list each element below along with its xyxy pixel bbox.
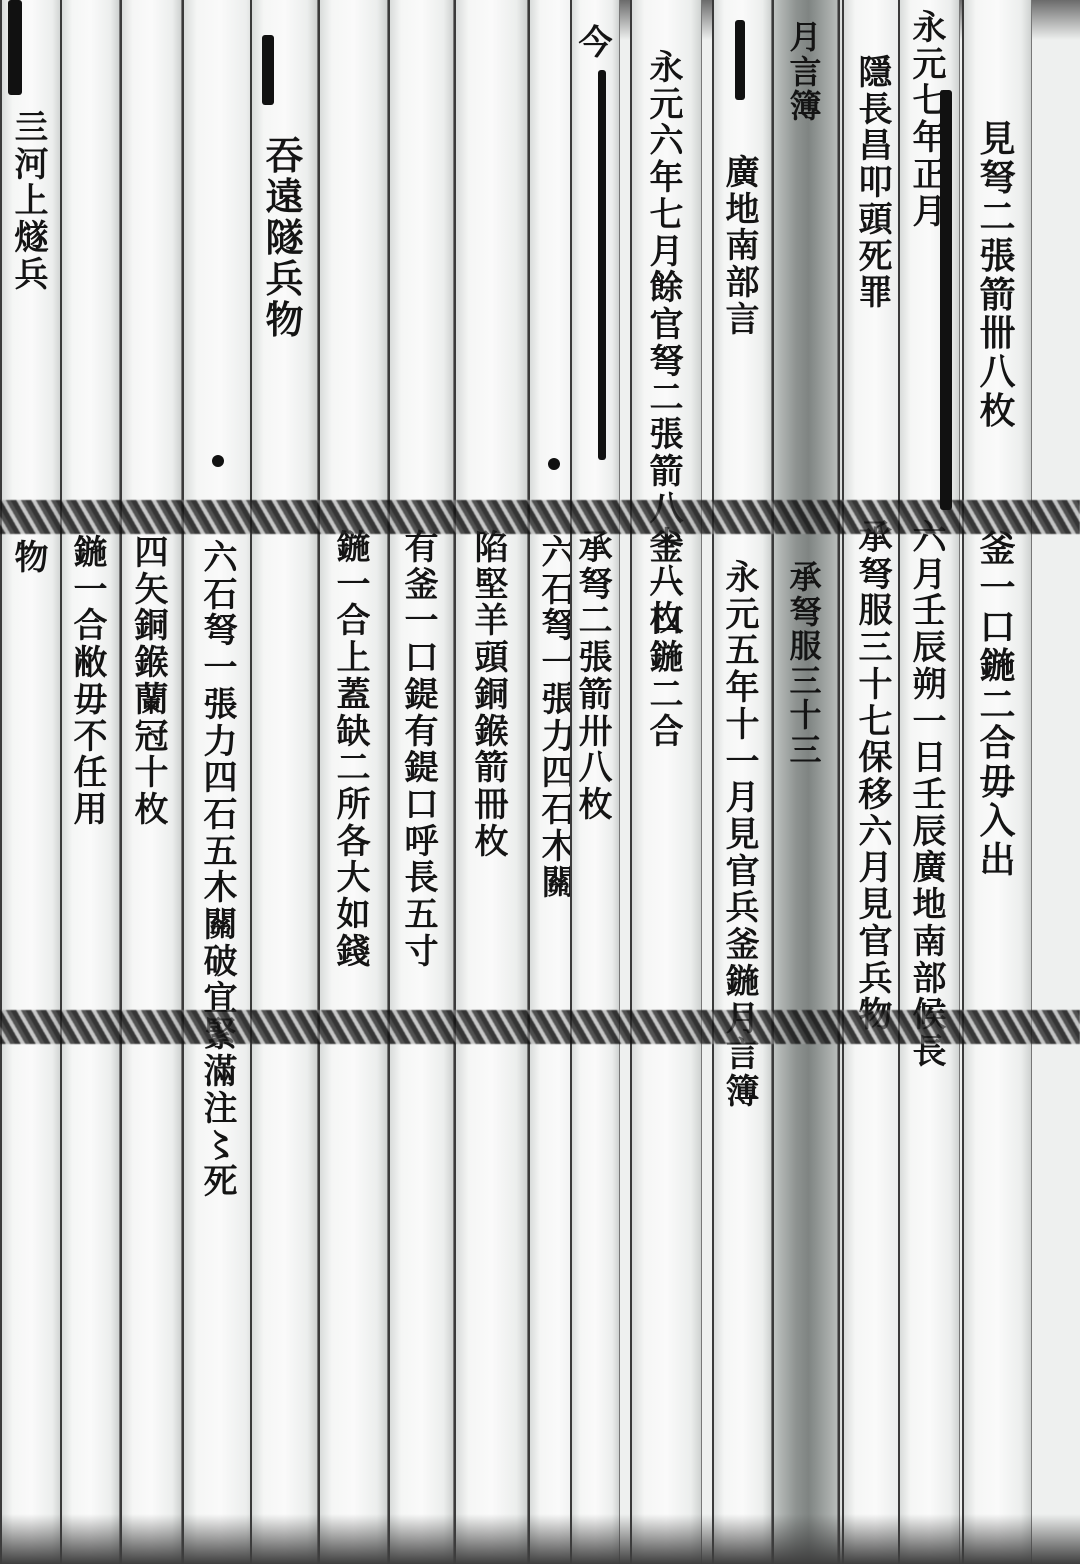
upper-binding-cord [0,500,1080,534]
bottom-shadow [0,1514,1080,1564]
slip-inscription-lower: 鍦一合上蓋缺二所各大如錢 [320,530,387,971]
wooden-slip: 今承弩二張箭卅八枚 [570,0,620,1564]
ink-dot-mark [548,458,560,470]
slip-inscription-upper: 月言簿 [774,20,837,124]
slip-inscription-lower: 六石弩一張力四石五木關破宜緊滿注〻死 [184,540,257,1201]
ink-stroke-mark [8,0,22,95]
slip-inscription-lower: 鍦一合敝毋不任用 [62,535,119,829]
slip-inscription-upper: 今 [572,25,619,62]
wooden-slip: 鍦一合敝毋不任用 [60,0,120,1564]
wooden-slip: 永元六年七月餘官弩二張箭八十八枚釜一口鍦二合 [630,0,702,1564]
slip-inscription-lower: 物 [2,540,61,577]
wooden-slip: 見弩二張箭卌八枚釜一口鍦二合毋入出 [962,0,1032,1564]
lower-binding-cord [0,1010,1080,1044]
ink-stroke-mark [735,20,745,100]
wooden-slip: 有釜一口鍉有鍉口呼長五寸 [388,0,454,1564]
slip-inscription-upper: 見弩二張箭卌八枚 [964,120,1031,431]
slip-inscription-lower: 四矢銅鍭蘭冠十枚 [122,535,181,829]
wooden-slip: 鍦一合上蓋缺二所各大如錢 [318,0,388,1564]
ink-stroke-mark [940,90,952,510]
wooden-slip: 吞遠隧兵物 [250,0,318,1564]
ink-stroke-mark [262,35,274,105]
slip-inscription-lower: 有釜一口鍉有鍉口呼長五寸 [390,530,453,971]
ink-dot-mark [212,455,224,467]
bamboo-slips-photograph: 亖河上燧兵物鍦一合敝毋不任用四矢銅鍭蘭冠十枚六石弩一張力四石五木關破宜緊滿注〻死… [0,0,1080,1564]
slip-inscription-lower: 釜一口鍦二合毋入出 [964,530,1031,880]
slip-inscription-lower: 承弩服三十三 [774,560,837,767]
wooden-slip: 六石弩一張力四石五木關破宜緊滿注〻死 [182,0,258,1564]
wooden-slip: 亖河上燧兵物 [0,0,62,1564]
slip-inscription-lower: 陷堅羊頭銅鍭箭冊枚 [456,530,527,860]
wooden-slip: 陷堅羊頭銅鍭箭冊枚 [454,0,528,1564]
wooden-slip: 四矢銅鍭蘭冠十枚 [120,0,182,1564]
wooden-slip: 廣地南部言永元五年十一月見官兵釜鍦月言簿 [712,0,772,1564]
slip-inscription-upper: 廣地南部言 [714,155,771,339]
slip-inscription-upper: 吞遠隧兵物 [252,135,317,340]
slip-inscription-lower: 釜一口鍦二合 [632,530,701,750]
slip-inscription-lower: 六月壬辰朔一日壬辰廣地南部候長 [900,520,959,1071]
ink-stroke-mark [598,70,606,460]
slip-inscription-lower: 承弩二張箭卅八枚 [572,530,619,824]
slip-inscription-upper: 亖河上燧兵 [2,110,61,294]
wooden-slip: 月言簿承弩服三十三 [772,0,838,1564]
